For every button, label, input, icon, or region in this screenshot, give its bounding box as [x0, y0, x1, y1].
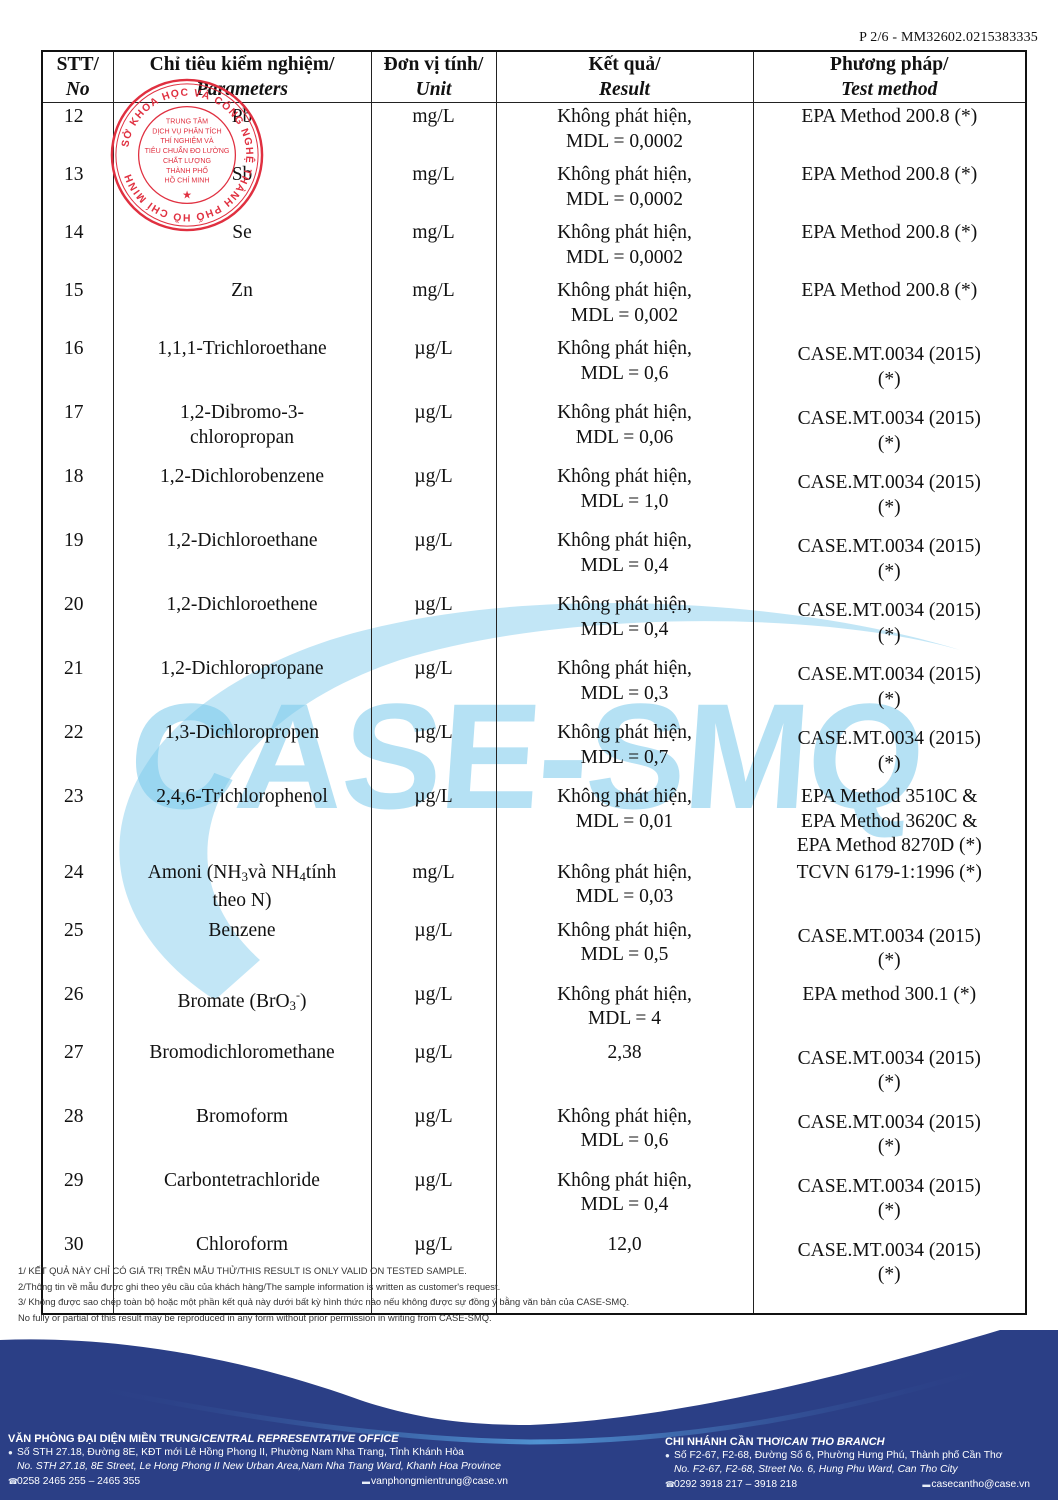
cell-unit: mg/L — [371, 103, 496, 162]
table-row: 161,1,1-Trichloroethaneµg/LKhông phát hi… — [42, 335, 1026, 399]
can-tho-email[interactable]: casecantho@case.vn — [931, 1479, 1030, 1490]
cell-unit: µg/L — [371, 1039, 496, 1103]
table-row: 26Bromate (BrO3-)µg/LKhông phát hiện,MDL… — [42, 981, 1026, 1039]
header-no: STT/No — [42, 51, 113, 103]
cell-unit: µg/L — [371, 399, 496, 463]
cell-result: Không phát hiện,MDL = 0,0002 — [496, 219, 753, 277]
cell-no: 26 — [42, 981, 113, 1039]
central-office-info: VĂN PHÒNG ĐẠI DIỆN MIỀN TRUNG/CENTRAL RE… — [8, 1432, 528, 1489]
cell-result: Không phát hiện,MDL = 0,4 — [496, 527, 753, 591]
cell-unit: mg/L — [371, 859, 496, 917]
cell-parameter: 2,4,6-Trichlorophenol — [113, 783, 371, 859]
phone-icon: ☎ — [665, 1478, 674, 1492]
cell-result: Không phát hiện,MDL = 0,03 — [496, 859, 753, 917]
cell-test-method: CASE.MT.0034 (2015)(*) — [753, 719, 1026, 783]
header-result: Kết quả/Result — [496, 51, 753, 103]
cell-result: Không phát hiện,MDL = 0,0002 — [496, 103, 753, 162]
footnote-3: 3/ Không được sao chép toàn bộ hoặc một … — [18, 1294, 629, 1310]
cell-no: 24 — [42, 859, 113, 917]
cell-parameter: Se — [113, 219, 371, 277]
cell-unit: µg/L — [371, 335, 496, 399]
cell-parameter: Carbontetrachloride — [113, 1167, 371, 1231]
header-unit: Đơn vị tính/Unit — [371, 51, 496, 103]
cell-result: Không phát hiện,MDL = 0,002 — [496, 277, 753, 335]
cell-result: Không phát hiện,MDL = 0,6 — [496, 1103, 753, 1167]
cell-no: 28 — [42, 1103, 113, 1167]
cell-parameter: Bromate (BrO3-) — [113, 981, 371, 1039]
header-test-method: Phương pháp/Test method — [753, 51, 1026, 103]
cell-test-method: TCVN 6179-1:1996 (*) — [753, 859, 1026, 917]
footer-banner: VĂN PHÒNG ĐẠI DIỆN MIỀN TRUNG/CENTRAL RE… — [0, 1330, 1058, 1500]
footnote-1: 1/ KẾT QUẢ NÀY CHỈ CÓ GIÁ TRỊ TRÊN MẪU T… — [18, 1263, 629, 1279]
cell-result: Không phát hiện,MDL = 0,5 — [496, 917, 753, 981]
cell-test-method: CASE.MT.0034 (2015)(*) — [753, 655, 1026, 719]
cell-parameter: 1,1,1-Trichloroethane — [113, 335, 371, 399]
cell-unit: µg/L — [371, 591, 496, 655]
cell-no: 16 — [42, 335, 113, 399]
cell-no: 19 — [42, 527, 113, 591]
cell-no: 20 — [42, 591, 113, 655]
table-row: 12Pbmg/LKhông phát hiện,MDL = 0,0002EPA … — [42, 103, 1026, 162]
can-tho-branch-info: CHI NHÁNH CẦN THƠ/CAN THO BRANCH ●Số F2-… — [665, 1435, 1030, 1492]
cell-result: Không phát hiện,MDL = 0,4 — [496, 1167, 753, 1231]
central-office-email[interactable]: vanphongmientrung@case.vn — [371, 1476, 508, 1487]
table-row: 232,4,6-Trichlorophenolµg/LKhông phát hi… — [42, 783, 1026, 859]
cell-test-method: EPA Method 200.8 (*) — [753, 161, 1026, 219]
cell-result: Không phát hiện,MDL = 0,0002 — [496, 161, 753, 219]
footnotes: 1/ KẾT QUẢ NÀY CHỈ CÓ GIÁ TRỊ TRÊN MẪU T… — [18, 1263, 629, 1325]
table-row: 24Amoni (NH3và NH4tínhtheo N)mg/LKhông p… — [42, 859, 1026, 917]
cell-no: 25 — [42, 917, 113, 981]
cell-unit: mg/L — [371, 277, 496, 335]
cell-unit: µg/L — [371, 981, 496, 1039]
cell-no: 14 — [42, 219, 113, 277]
cell-test-method: CASE.MT.0034 (2015)(*) — [753, 1103, 1026, 1167]
cell-test-method: CASE.MT.0034 (2015)(*) — [753, 1167, 1026, 1231]
cell-parameter: Benzene — [113, 917, 371, 981]
cell-unit: µg/L — [371, 719, 496, 783]
cell-test-method: CASE.MT.0034 (2015)(*) — [753, 527, 1026, 591]
footnote-4: No fully or partial of this result may b… — [18, 1310, 629, 1326]
cell-unit: µg/L — [371, 1167, 496, 1231]
cell-unit: µg/L — [371, 463, 496, 527]
cell-parameter: Pb — [113, 103, 371, 162]
table-row: 15Znmg/LKhông phát hiện,MDL = 0,002EPA M… — [42, 277, 1026, 335]
table-row: 13Sbmg/LKhông phát hiện,MDL = 0,0002EPA … — [42, 161, 1026, 219]
table-row: 201,2-Dichloroetheneµg/LKhông phát hiện,… — [42, 591, 1026, 655]
table-row: 211,2-Dichloropropaneµg/LKhông phát hiện… — [42, 655, 1026, 719]
cell-result: Không phát hiện,MDL = 1,0 — [496, 463, 753, 527]
cell-result: Không phát hiện,MDL = 0,06 — [496, 399, 753, 463]
cell-test-method: EPA Method 200.8 (*) — [753, 219, 1026, 277]
cell-test-method: EPA method 300.1 (*) — [753, 981, 1026, 1039]
cell-test-method: CASE.MT.0034 (2015)(*) — [753, 335, 1026, 399]
table-header-row: STT/No Chỉ tiêu kiểm nghiệm/Parameters Đ… — [42, 51, 1026, 103]
table-row: 29Carbontetrachlorideµg/LKhông phát hiện… — [42, 1167, 1026, 1231]
table-row: 25Benzeneµg/LKhông phát hiện,MDL = 0,5CA… — [42, 917, 1026, 981]
footnote-2: 2/Thông tin về mẫu được ghi theo yêu cầu… — [18, 1279, 629, 1295]
cell-unit: µg/L — [371, 655, 496, 719]
cell-result: Không phát hiện,MDL = 0,7 — [496, 719, 753, 783]
table-row: 27Bromodichloromethaneµg/L2,38CASE.MT.00… — [42, 1039, 1026, 1103]
phone-icon: ☎ — [8, 1475, 17, 1489]
table-row: 171,2-Dibromo-3-chloropropanµg/LKhông ph… — [42, 399, 1026, 463]
cell-test-method: EPA Method 200.8 (*) — [753, 103, 1026, 162]
cell-unit: µg/L — [371, 527, 496, 591]
cell-result: Không phát hiện,MDL = 0,4 — [496, 591, 753, 655]
cell-unit: µg/L — [371, 1103, 496, 1167]
cell-parameter: 1,2-Dichloroethane — [113, 527, 371, 591]
cell-no: 27 — [42, 1039, 113, 1103]
cell-parameter: 1,3-Dichloropropen — [113, 719, 371, 783]
test-results-table: STT/No Chỉ tiêu kiểm nghiệm/Parameters Đ… — [41, 50, 1027, 1315]
cell-parameter: 1,2-Dichloropropane — [113, 655, 371, 719]
cell-result: Không phát hiện,MDL = 0,3 — [496, 655, 753, 719]
cell-parameter: Amoni (NH3và NH4tínhtheo N) — [113, 859, 371, 917]
cell-no: 29 — [42, 1167, 113, 1231]
cell-parameter: Bromoform — [113, 1103, 371, 1167]
cell-no: 17 — [42, 399, 113, 463]
cell-no: 23 — [42, 783, 113, 859]
cell-unit: µg/L — [371, 783, 496, 859]
cell-parameter: 1,2-Dichloroethene — [113, 591, 371, 655]
cell-test-method: CASE.MT.0034 (2015)(*) — [753, 1039, 1026, 1103]
cell-no: 22 — [42, 719, 113, 783]
cell-unit: mg/L — [371, 161, 496, 219]
cell-parameter: Bromodichloromethane — [113, 1039, 371, 1103]
cell-test-method: CASE.MT.0034 (2015)(*) — [753, 917, 1026, 981]
cell-result: Không phát hiện,MDL = 0,6 — [496, 335, 753, 399]
cell-unit: mg/L — [371, 219, 496, 277]
location-pin-icon: ● — [8, 1446, 17, 1460]
cell-result: 2,38 — [496, 1039, 753, 1103]
page-reference: P 2/6 - MM32602.0215383335 — [859, 30, 1038, 46]
table-row: 191,2-Dichloroethaneµg/LKhông phát hiện,… — [42, 527, 1026, 591]
cell-parameter: Zn — [113, 277, 371, 335]
table-row: 14Semg/LKhông phát hiện,MDL = 0,0002EPA … — [42, 219, 1026, 277]
cell-parameter: 1,2-Dichlorobenzene — [113, 463, 371, 527]
email-icon: ▬ — [362, 1475, 371, 1489]
cell-unit: µg/L — [371, 917, 496, 981]
table-row: 221,3-Dichloropropenµg/LKhông phát hiện,… — [42, 719, 1026, 783]
cell-parameter: Sb — [113, 161, 371, 219]
cell-result: Không phát hiện,MDL = 4 — [496, 981, 753, 1039]
cell-no: 13 — [42, 161, 113, 219]
table-row: 28Bromoformµg/LKhông phát hiện,MDL = 0,6… — [42, 1103, 1026, 1167]
cell-test-method: EPA Method 200.8 (*) — [753, 277, 1026, 335]
cell-no: 12 — [42, 103, 113, 162]
cell-test-method: CASE.MT.0034 (2015)(*) — [753, 399, 1026, 463]
cell-test-method: CASE.MT.0034 (2015)(*) — [753, 1231, 1026, 1314]
cell-test-method: CASE.MT.0034 (2015)(*) — [753, 591, 1026, 655]
cell-test-method: CASE.MT.0034 (2015)(*) — [753, 463, 1026, 527]
header-parameters: Chỉ tiêu kiểm nghiệm/Parameters — [113, 51, 371, 103]
table-row: 181,2-Dichlorobenzeneµg/LKhông phát hiện… — [42, 463, 1026, 527]
cell-parameter: 1,2-Dibromo-3-chloropropan — [113, 399, 371, 463]
cell-no: 18 — [42, 463, 113, 527]
cell-no: 21 — [42, 655, 113, 719]
location-pin-icon: ● — [665, 1449, 674, 1463]
cell-test-method: EPA Method 3510C &EPA Method 3620C &EPA … — [753, 783, 1026, 859]
cell-result: Không phát hiện,MDL = 0,01 — [496, 783, 753, 859]
cell-no: 15 — [42, 277, 113, 335]
